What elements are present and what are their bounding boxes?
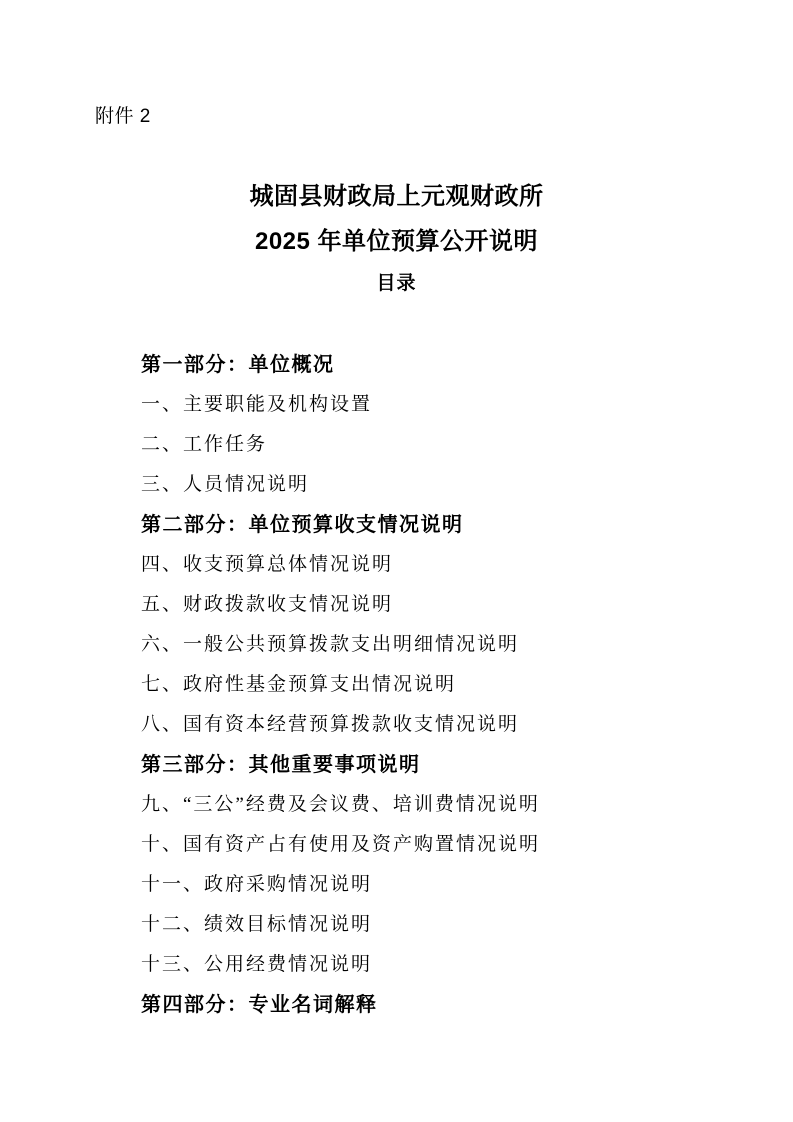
toc-item: 七、政府性基金预算支出情况说明 [141,665,540,705]
toc-item: 四、收支预算总体情况说明 [141,545,540,585]
toc-section: 第二部分：单位预算收支情况说明 [141,505,540,545]
toc-item: 六、一般公共预算拨款支出明细情况说明 [141,625,540,665]
toc-item: 十二、绩效目标情况说明 [141,905,540,945]
toc-heading: 目录 [0,271,793,297]
toc-item: 三、人员情况说明 [141,465,540,505]
toc-list: 第一部分：单位概况 一、主要职能及机构设置 二、工作任务 三、人员情况说明 第二… [141,345,540,1025]
document-title-line1: 城固县财政局上元观财政所 [0,174,793,219]
toc-item: 十一、政府采购情况说明 [141,865,540,905]
toc-item: 九、“三公”经费及会议费、培训费情况说明 [141,785,540,825]
toc-section: 第四部分：专业名词解释 [141,985,540,1025]
toc-section: 第一部分：单位概况 [141,345,540,385]
document-title-line2: 2025 年单位预算公开说明 [0,219,793,264]
toc-section: 第三部分：其他重要事项说明 [141,745,540,785]
toc-item: 二、工作任务 [141,425,540,465]
toc-item: 十三、公用经费情况说明 [141,945,540,985]
toc-item: 八、国有资本经营预算拨款收支情况说明 [141,705,540,745]
toc-item: 十、国有资产占有使用及资产购置情况说明 [141,825,540,865]
document-page: 附件 2 城固县财政局上元观财政所 2025 年单位预算公开说明 目录 第一部分… [0,0,793,1122]
toc-item: 一、主要职能及机构设置 [141,385,540,425]
toc-item: 五、财政拨款收支情况说明 [141,585,540,625]
document-title: 城固县财政局上元观财政所 2025 年单位预算公开说明 [0,174,793,264]
attachment-label: 附件 2 [95,104,151,130]
